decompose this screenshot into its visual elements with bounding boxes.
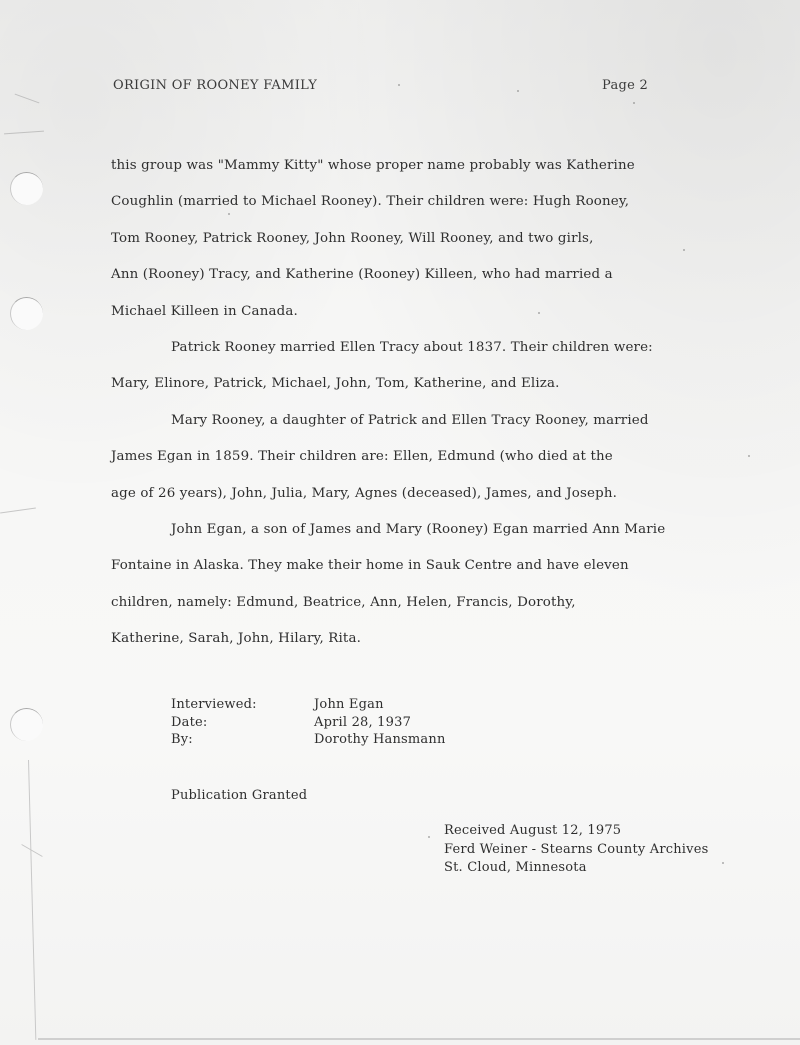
- speck: [748, 455, 750, 457]
- text-line: Tom Rooney, Patrick Rooney, John Rooney,…: [111, 221, 731, 257]
- speck: [398, 84, 400, 86]
- paragraph: this group was "Mammy Kitty" whose prope…: [111, 148, 731, 330]
- text-line: Katherine, Sarah, John, Hilary, Rita.: [111, 621, 731, 657]
- paragraph: John Egan, a son of James and Mary (Roon…: [111, 512, 731, 658]
- interview-row: Interviewed: John Egan: [171, 696, 446, 714]
- text-line: Mary, Elinore, Patrick, Michael, John, T…: [111, 366, 731, 402]
- speck: [428, 836, 430, 838]
- speck: [722, 862, 724, 864]
- document-title: ORIGIN OF ROONEY FAMILY: [113, 78, 317, 93]
- page-number: Page 2: [602, 78, 648, 93]
- text-line: children, namely: Edmund, Beatrice, Ann,…: [111, 585, 731, 621]
- paper-edge: [28, 760, 36, 1040]
- interview-row: By: Dorothy Hansmann: [171, 731, 446, 749]
- text-line: Coughlin (married to Michael Rooney). Th…: [111, 184, 731, 220]
- torn-edge: [4, 131, 44, 135]
- text-line: this group was "Mammy Kitty" whose prope…: [111, 148, 731, 184]
- text-line: Ann (Rooney) Tracy, and Katherine (Roone…: [111, 257, 731, 293]
- document-page: ORIGIN OF ROONEY FAMILY Page 2 this grou…: [0, 0, 800, 1045]
- received-line: St. Cloud, Minnesota: [444, 859, 708, 878]
- interview-label: Interviewed:: [171, 696, 314, 714]
- text-line: Fontaine in Alaska. They make their home…: [111, 548, 731, 584]
- speck: [633, 102, 635, 104]
- received-stamp: Received August 12, 1975 Ferd Weiner - S…: [444, 822, 708, 878]
- binder-hole: [10, 172, 43, 205]
- text-line: Patrick Rooney married Ellen Tracy about…: [111, 330, 731, 366]
- paragraph: Mary Rooney, a daughter of Patrick and E…: [111, 403, 731, 512]
- torn-edge: [15, 94, 40, 104]
- text-line: John Egan, a son of James and Mary (Roon…: [111, 512, 731, 548]
- text-line: Mary Rooney, a daughter of Patrick and E…: [111, 403, 731, 439]
- received-line: Ferd Weiner - Stearns County Archives: [444, 841, 708, 860]
- torn-edge: [21, 844, 42, 857]
- binder-hole: [10, 708, 43, 741]
- text-line: Michael Killeen in Canada.: [111, 294, 731, 330]
- speck: [517, 90, 519, 92]
- publication-note: Publication Granted: [171, 788, 307, 803]
- interview-value: April 28, 1937: [314, 714, 411, 732]
- interview-value: Dorothy Hansmann: [314, 731, 446, 749]
- paper-edge: [38, 1038, 800, 1040]
- text-line: James Egan in 1859. Their children are: …: [111, 439, 731, 475]
- interview-row: Date: April 28, 1937: [171, 714, 446, 732]
- paragraph: Patrick Rooney married Ellen Tracy about…: [111, 330, 731, 403]
- document-body: this group was "Mammy Kitty" whose prope…: [111, 148, 731, 658]
- text-line: age of 26 years), John, Julia, Mary, Agn…: [111, 476, 731, 512]
- interview-label: By:: [171, 731, 314, 749]
- binder-hole: [10, 297, 43, 330]
- received-line: Received August 12, 1975: [444, 822, 708, 841]
- interview-info: Interviewed: John Egan Date: April 28, 1…: [171, 696, 446, 749]
- interview-value: John Egan: [314, 696, 384, 714]
- torn-edge: [0, 507, 36, 513]
- interview-label: Date:: [171, 714, 314, 732]
